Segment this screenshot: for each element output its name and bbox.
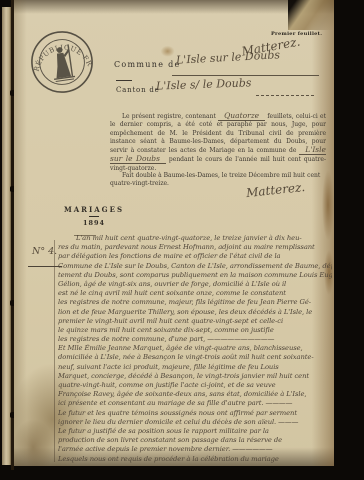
- act-line: le quinze mars mil huit cent soixante di…: [58, 326, 332, 335]
- paragraph-text: Le présent registre, contenant: [122, 113, 216, 120]
- act-line: est né le cinq avril mil huit cent soixa…: [58, 289, 332, 298]
- left-page-edge: [2, 7, 11, 465]
- margin-rule: [54, 240, 55, 462]
- divider-dash: [116, 80, 132, 81]
- act-line: production de son livret constatant son …: [58, 436, 332, 445]
- canton-value: L'Isle s/ le Doubs: [156, 76, 252, 92]
- act-line: tement du Doubs, sont comparus publiquem…: [58, 271, 332, 280]
- act-line: les registres de notre commune, d'une pa…: [58, 335, 332, 344]
- act-line: Lesquels nous ont requis de procéder à l…: [58, 455, 332, 464]
- act-line: Le futur et les quatre témoins soussigné…: [58, 409, 332, 418]
- act-line: domiciliée à L'Isle, née à Besançon le v…: [58, 353, 332, 362]
- act-line: lion et de feue Marguerite Thillery, son…: [58, 308, 332, 317]
- act-line: Françoise Ravey, âgée de soixante-deux a…: [58, 390, 332, 399]
- commune-label: Commune de: [114, 60, 181, 69]
- register-page: RÉPUBLIQUE FRANÇAISE Premier feuillet. M…: [14, 0, 334, 466]
- act-line: Gélion, âgé de vingt-six ans, ouvrier de…: [58, 280, 332, 289]
- act-line: res du matin, pardevant nous Ernest Hofm…: [58, 243, 332, 252]
- act-line: Le futur a justifié de sa position sous …: [58, 427, 332, 436]
- act-line: par délégation les fonctions de maire et…: [58, 252, 332, 261]
- act-line: Commune de L'Isle sur le Doubs, Canton d…: [58, 262, 332, 271]
- republique-francaise-stamp-icon: RÉPUBLIQUE FRANÇAISE: [26, 26, 98, 98]
- handwritten-folio-count: Quatorze: [218, 111, 265, 121]
- act-line: L'an mil huit cent quatre-vingt-quatorze…: [58, 234, 332, 243]
- scanned-register-photo: { "document": { "sheet_label": "Premier …: [0, 0, 364, 480]
- act-line: ici présente et consentant au mariage de…: [58, 399, 332, 408]
- commune-value: L'Isle sur le Doubs: [176, 48, 281, 66]
- act-line: neuf, suivant l'acte ici produit, majeur…: [58, 363, 332, 372]
- register-certification-paragraph: Le présent registre, contenant Quatorze …: [110, 112, 326, 173]
- act-line: ignorer le lieu du dernier domicile et c…: [58, 418, 332, 427]
- act-line: les registres de notre commune, majeur, …: [58, 298, 332, 307]
- act-line: quatre-vingt-huit, comme on justifie l'a…: [58, 381, 332, 390]
- act-line: l'armée active depuis le premier novembr…: [58, 445, 332, 454]
- canton-dashline: [256, 95, 314, 96]
- section-year: 1894: [44, 219, 144, 227]
- page-corner-curl: [288, 0, 334, 30]
- act-number-dash: [28, 266, 62, 267]
- section-dash: [89, 216, 99, 217]
- act-line: premier le vingt-huit avril mil huit cen…: [58, 317, 332, 326]
- act-line: Et Mlle Émilie Jeanne Marquet, âgée de v…: [58, 344, 332, 353]
- section-heading: MARIAGES 1894: [44, 205, 144, 227]
- act-line: Marquet, concierge, décédé à Besançon, l…: [58, 372, 332, 381]
- marriage-act-text: L'an mil huit cent quatre-vingt-quatorze…: [58, 234, 332, 464]
- section-title: MARIAGES: [44, 205, 144, 214]
- canton-label: Canton de: [116, 86, 160, 94]
